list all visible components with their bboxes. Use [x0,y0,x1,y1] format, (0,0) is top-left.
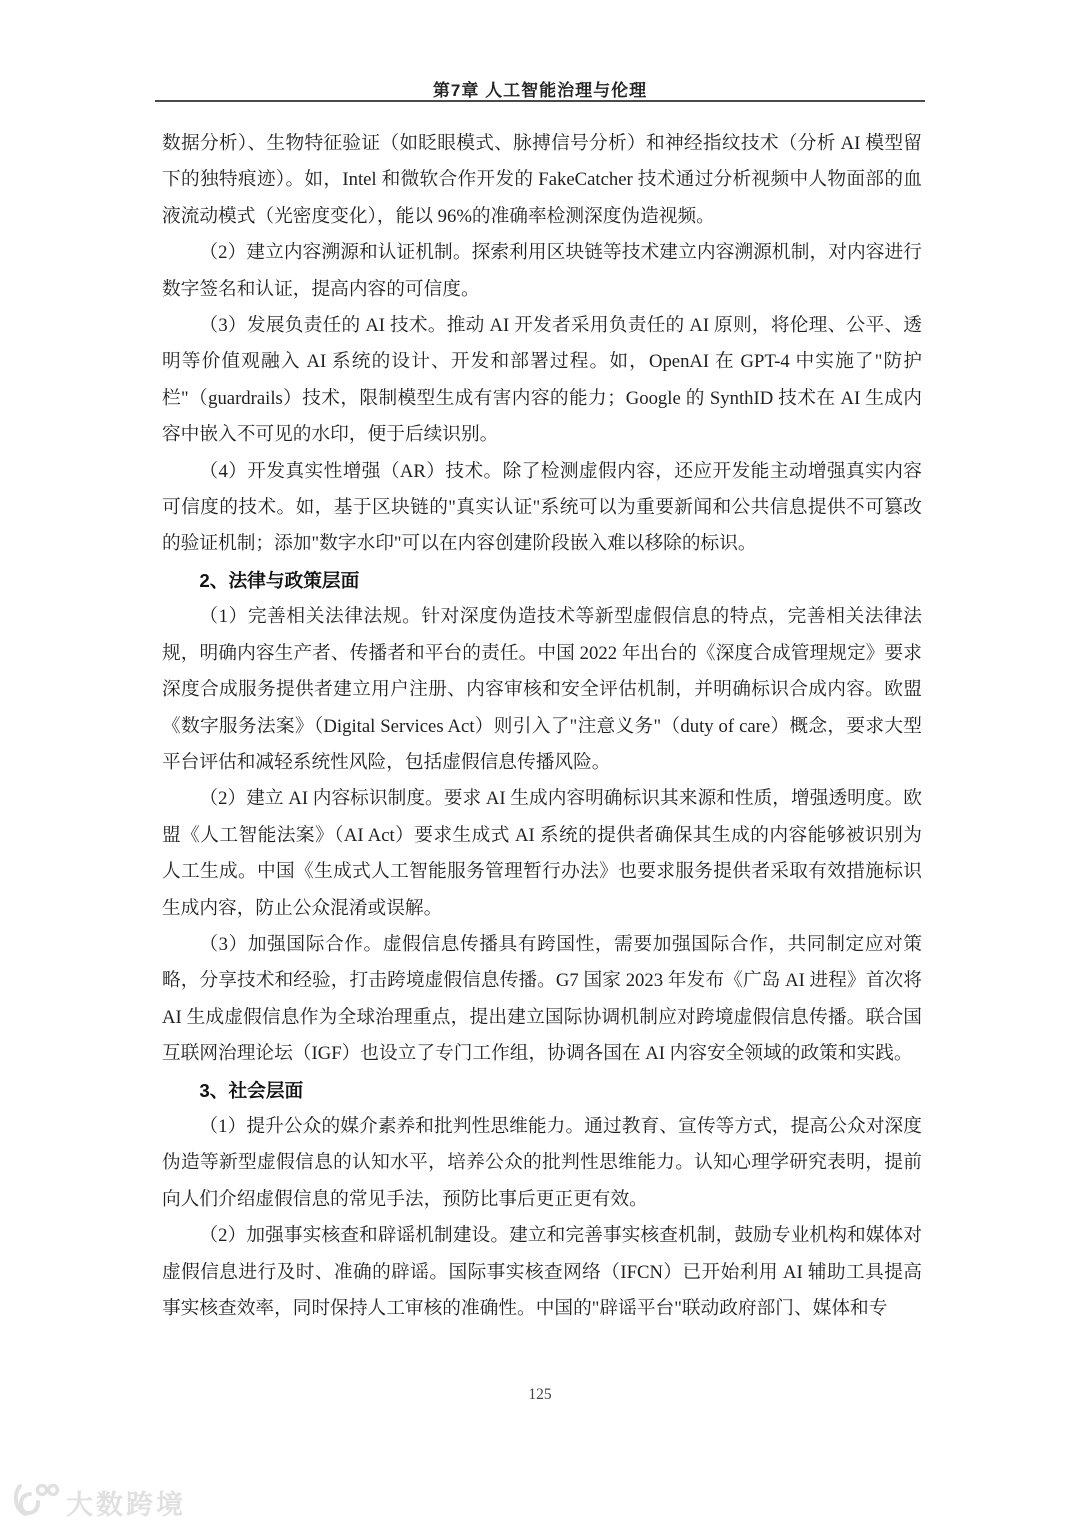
chapter-header-title: 第7章 人工智能治理与伦理 [0,76,1080,101]
body-paragraph: 数据分析）、生物特征验证（如眨眼模式、脉搏信号分析）和神经指纹技术（分析 AI … [162,126,922,235]
watermark-logo-icon [8,1480,60,1525]
body-paragraph: （2）加强事实核查和辟谣机制建设。建立和完善事实核查机制，鼓励专业机构和媒体对虚… [162,1218,922,1327]
document-page: 第7章 人工智能治理与伦理 数据分析）、生物特征验证（如眨眼模式、脉搏信号分析）… [0,0,1080,1527]
body-paragraph: （1）完善相关法律法规。针对深度伪造技术等新型虚假信息的特点，完善相关法律法规，… [162,599,922,781]
body-paragraph: （2）建立内容溯源和认证机制。探索利用区块链等技术建立内容溯源机制，对内容进行数… [162,235,922,308]
watermark: 大数跨境 [8,1480,186,1525]
body-paragraph: （1）提升公众的媒介素养和批判性思维能力。通过教育、宣传等方式，提高公众对深度伪… [162,1109,922,1218]
watermark-text: 大数跨境 [66,1483,186,1522]
section-heading: 3、社会层面 [162,1073,922,1109]
body-content: 数据分析）、生物特征验证（如眨眼模式、脉搏信号分析）和神经指纹技术（分析 AI … [162,126,922,1327]
body-paragraph: （3）加强国际合作。虚假信息传播具有跨国性，需要加强国际合作，共同制定应对策略，… [162,927,922,1073]
header-divider [155,100,925,102]
section-heading: 2、法律与政策层面 [162,563,922,599]
body-paragraph: （2）建立 AI 内容标识制度。要求 AI 生成内容明确标识其来源和性质，增强透… [162,781,922,927]
page-number: 125 [0,1386,1080,1404]
body-paragraph: （3）发展负责任的 AI 技术。推动 AI 开发者采用负责任的 AI 原则，将伦… [162,308,922,454]
body-paragraph: （4）开发真实性增强（AR）技术。除了检测虚假内容，还应开发能主动增强真实内容可… [162,454,922,563]
